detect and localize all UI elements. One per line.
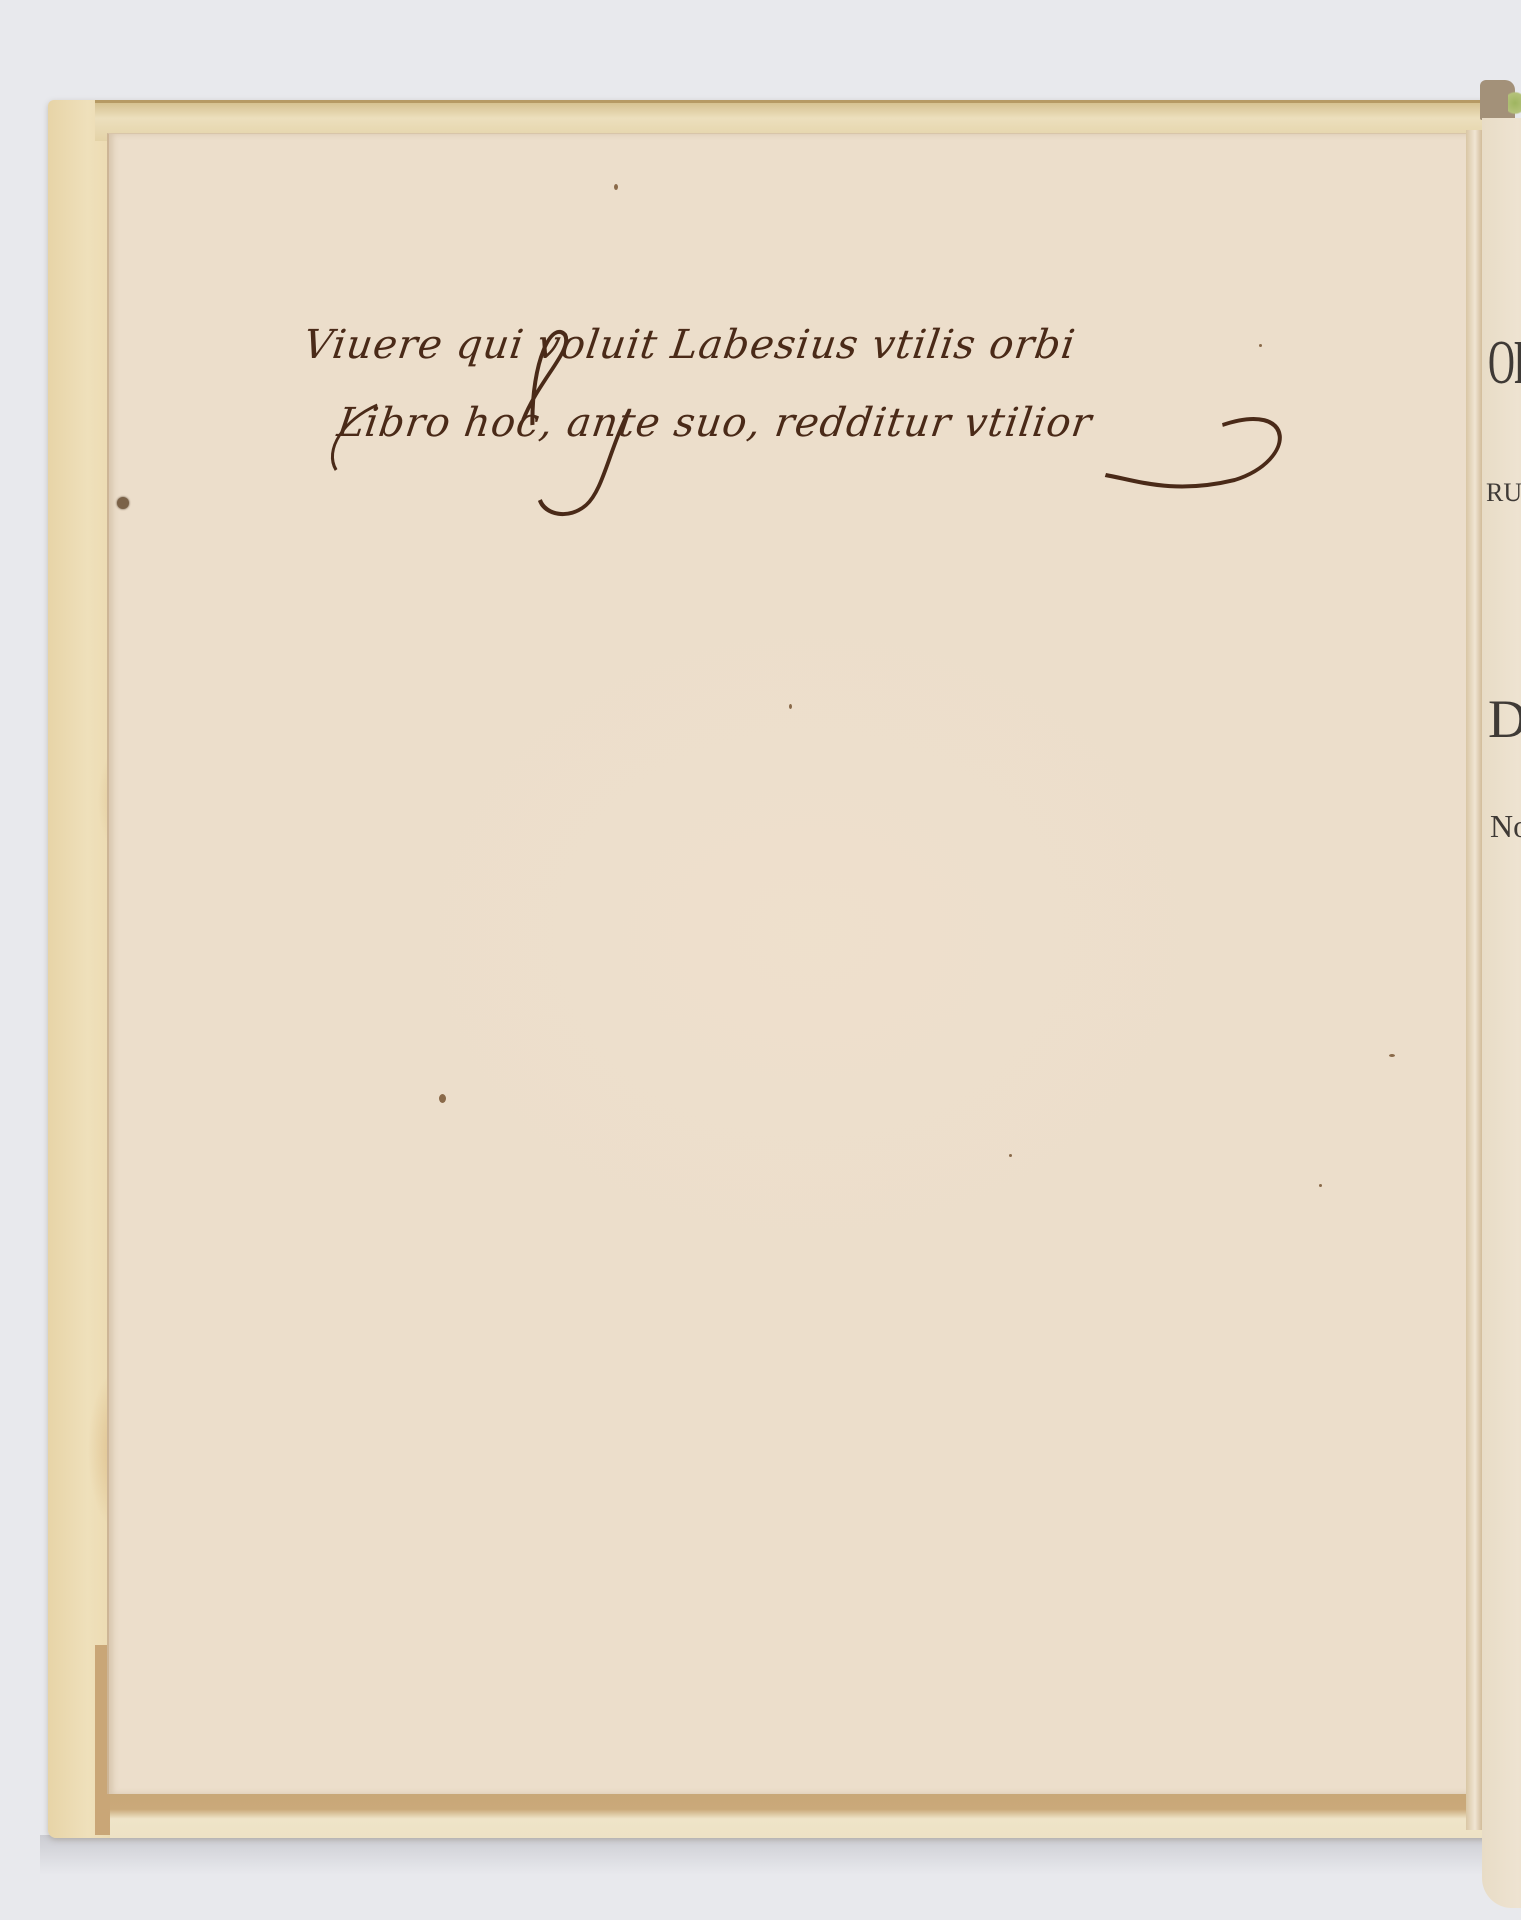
- paper-speck: [1389, 1054, 1395, 1057]
- paper-speck: [1319, 1184, 1322, 1187]
- paper-speck: [614, 184, 618, 190]
- title-page-text: RU: [1486, 478, 1521, 508]
- inscription-line-2: Libro hoc, ante suo, redditur vtilior: [334, 400, 1095, 446]
- green-stain: [1508, 88, 1521, 118]
- title-page-text: De: [1488, 688, 1521, 750]
- paper-speck: [439, 1094, 446, 1103]
- vellum-turn-in-bottom: [110, 1790, 1500, 1838]
- title-page-text: OF: [1488, 328, 1521, 399]
- facing-title-page: OF RU De No: [1482, 118, 1521, 1908]
- binding-hole: [117, 497, 129, 509]
- flyleaf-page: [107, 133, 1477, 1794]
- inscription-line-1: Viuere qui voluit Labesius vtilis orbi: [300, 322, 1078, 368]
- paper-speck: [1259, 344, 1262, 347]
- title-page-text: No: [1490, 808, 1521, 845]
- paper-speck: [789, 704, 792, 709]
- paper-speck: [1009, 1154, 1012, 1157]
- table-shadow: [40, 1835, 1521, 1875]
